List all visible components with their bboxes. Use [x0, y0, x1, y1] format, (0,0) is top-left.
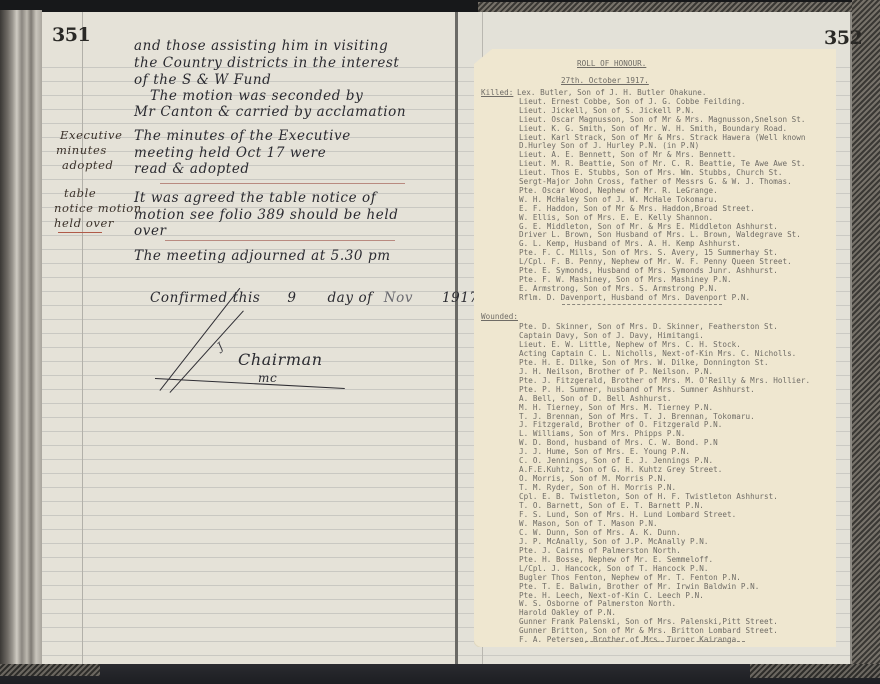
section-separator: [562, 304, 722, 306]
roll-entry: W. Mason, Son of T. Mason P.N.: [519, 519, 658, 528]
bottom-separator: [570, 641, 745, 643]
minutes-line: The meeting adjourned at 5.30 pm: [134, 248, 391, 264]
roll-entry: Pte. Oscar Wood, Nephew of Mr. R. LeGran…: [519, 186, 718, 195]
roll-entry: Harold Oakley of P.N.: [519, 608, 616, 617]
margin-note: held over: [54, 216, 114, 230]
roll-entry: J. P. McAnally, Son of J.P. McAnally P.N…: [519, 537, 709, 546]
minutes-line: Mr Canton & carried by acclamation: [134, 104, 406, 120]
roll-entry: C. O. Jennings, Son of E. J. Jennings P.…: [519, 456, 713, 465]
roll-entry: T. O. Barnett, Son of E. T. Barnett P.N.: [519, 501, 704, 510]
margin-note: Executive: [60, 128, 123, 142]
roll-entry: J. Fitzgerald, Brother of O. Fitzgerald …: [519, 420, 722, 429]
confirmation-text: Confirmed this 9 day of Nov 1917: [150, 290, 479, 306]
roll-entry: Pte. T. E. Balwin, Brother of Mr. Irwin …: [519, 582, 759, 591]
roll-entry: Lieut. Jickell, Son of S. Jickell P.N.: [519, 106, 695, 115]
roll-entry: Lieut. A. E. Bennett, Son of Mr & Mrs. B…: [519, 150, 736, 159]
roll-entry: Lieut. K. G. Smith, Son of Mr. W. H. Smi…: [519, 124, 787, 133]
roll-entry: Lieut. M. R. Beattie, Son of Mr. C. R. B…: [519, 159, 806, 168]
roll-entry: T. M. Ryder, Son of H. Morris P.N.: [519, 483, 676, 492]
confirmation-year: 1917: [442, 290, 479, 306]
roll-entry: Acting Captain C. L. Nicholls, Next-of-K…: [519, 349, 796, 358]
roll-entry: Gunner Britton, Son of Mr & Mrs. Britton…: [519, 626, 778, 635]
margin-note: table: [64, 186, 96, 200]
cover-trim-right: [750, 664, 880, 678]
roll-entry: Pte. E. Symonds, Husband of Mrs. Symonds…: [519, 266, 778, 275]
roll-entry: Gunner Frank Palenski, Son of Mrs. Palen…: [519, 617, 778, 626]
roll-entry: Pte. F. C. Mills, Son of Mrs. S. Avery, …: [519, 248, 778, 257]
roll-entry: L/Cpl. J. Hancock, Son of T. Hancock P.N…: [519, 564, 709, 573]
book-cover-bottom: [0, 664, 880, 684]
page-number-right: 352: [824, 27, 862, 49]
roll-entry: J. H. Neilson, Brother of P. Neilson. P.…: [519, 367, 713, 376]
roll-entry: J. J. Hume, Son of Mrs. E. Young P.N.: [519, 447, 690, 456]
roll-entry: Captain Davy, Son of J. Davy, Himitangi.: [519, 331, 704, 340]
roll-entry: Pte. D. Skinner, Son of Mrs. D. Skinner,…: [519, 322, 778, 331]
roll-entry: F. S. Lund, Son of Mrs. H. Lund Lombard …: [519, 510, 736, 519]
roll-entry: T. J. Brennan, Son of Mrs. T. J. Brennan…: [519, 412, 755, 421]
roll-entry: W. H. McHaley Son of J. W. McHale Tokoma…: [519, 195, 718, 204]
roll-entry: L. Williams, Son of Mrs. Phipps P.N.: [519, 429, 685, 438]
cover-trim-left: [0, 664, 100, 676]
roll-entry: L/Cpl. F. B. Penny, Nephew of Mr. W. F. …: [519, 257, 792, 266]
roll-entry: Lieut. Oscar Magnusson, Son of Mr & Mrs.…: [519, 115, 806, 124]
roll-date: 27th. October 1917.: [561, 76, 649, 85]
confirmation-day-of: day of: [327, 290, 372, 306]
left-margin-rule: [82, 12, 83, 664]
roll-entry: Pte. J. Fitzgerald, Brother of Mrs. M. O…: [519, 376, 810, 385]
roll-entry: W. S. Osborne of Palmerston North.: [519, 599, 676, 608]
roll-entry: Driver L. Brown, Son Husband of Mrs. L. …: [519, 230, 801, 239]
roll-entry: W. Ellis, Son of Mrs. E. E. Kelly Shanno…: [519, 213, 713, 222]
wounded-label: Wounded:: [481, 312, 518, 321]
book-cover-edge-right: [852, 0, 880, 684]
roll-entry: Lieut. Karl Strack, Son of Mr & Mrs. Str…: [519, 133, 806, 142]
red-separator: [165, 240, 395, 241]
signature-suffix: mc: [258, 371, 277, 385]
roll-entry: W. D. Bond, husband of Mrs. C. W. Bond. …: [519, 438, 718, 447]
roll-entry: G. E. Middleton, Son of Mr. & Mrs E. Mid…: [519, 222, 778, 231]
margin-note: minutes: [56, 143, 107, 157]
roll-entry: Pte. P. H. Sumner, husband of Mrs. Sumne…: [519, 385, 755, 394]
minutes-line: the Country districts in the interest: [134, 55, 399, 71]
page-number-left: 351: [52, 24, 90, 46]
roll-entry: Lex. Butler, Son of J. H. Butler Ohakune…: [517, 88, 707, 97]
roll-entry: Pte. H. Leech, Next-of-Kin C. Leech P.N.: [519, 591, 704, 600]
roll-entry: Pte. J. Cairns of Palmerston North.: [519, 546, 681, 555]
roll-entry: Pte. H. E. Dilke, Son of Mrs. W. Dilke, …: [519, 358, 769, 367]
roll-entry: E. Armstrong, Son of Mrs. S. Armstrong P…: [519, 284, 718, 293]
roll-entry: E. F. Haddon, Son of Mr & Mrs. Haddon,Br…: [519, 204, 755, 213]
minutes-line: over: [134, 223, 167, 239]
margin-note: adopted: [62, 158, 114, 172]
roll-entry: Pte. H. Bosse, Nephew of Mr. E. Semmelof…: [519, 555, 713, 564]
roll-entry: Cpl. E. B. Twistleton, Son of H. F. Twis…: [519, 492, 778, 501]
roll-entry: Rflm. D. Davenport, Husband of Mrs. Dave…: [519, 293, 750, 302]
minutes-line: meeting held Oct 17 were: [134, 145, 326, 161]
roll-entry: M. H. Tierney, Son of Mrs. M. Tierney P.…: [519, 403, 713, 412]
roll-entry: G. L. Kemp, Husband of Mrs. A. H. Kemp A…: [519, 239, 741, 248]
roll-entry: A. Bell, Son of D. Bell Ashhurst.: [519, 394, 672, 403]
roll-entry: Lieut. Thos E. Stubbs, Son of Mrs. Wm. S…: [519, 168, 782, 177]
minutes-line: It was agreed the table notice of: [134, 190, 376, 206]
roll-entry: O. Morris, Son of M. Morris P.N.: [519, 474, 667, 483]
red-underline: [58, 232, 102, 233]
roll-entry: Bugler Thos Fenton, Nephew of Mr. T. Fen…: [519, 573, 741, 582]
roll-entry: Pte. F. W. Mashiney, Son of Mrs. Mashine…: [519, 275, 732, 284]
minutes-line: motion see folio 389 should be held: [134, 207, 398, 223]
minutes-line: read & adopted: [134, 161, 250, 177]
confirmation-day: 9: [287, 290, 296, 306]
roll-title: ROLL OF HONOUR.: [577, 59, 646, 68]
confirmation-label: Confirmed this: [150, 290, 260, 306]
minutes-line: The minutes of the Executive: [134, 128, 351, 144]
roll-entry: C. W. Dunn, Son of Mrs. A. K. Dunn.: [519, 528, 681, 537]
roll-entry: Lieut. E. W. Little, Nephew of Mrs. C. H…: [519, 340, 741, 349]
signature-title: Chairman: [238, 350, 323, 369]
minutes-line: The motion was seconded by: [150, 88, 363, 104]
minutes-line: of the S & W Fund: [134, 72, 271, 88]
page-block-edges: [0, 10, 42, 670]
roll-entry: Sergt-Major John Cross, father of Messrs…: [519, 177, 792, 186]
confirmation-month: Nov: [384, 290, 413, 306]
roll-entry: Lieut. Ernest Cobbe, Son of J. G. Cobbe …: [519, 97, 745, 106]
margin-note: notice motion: [54, 201, 142, 215]
red-separator: [160, 183, 405, 184]
killed-label: Killed:: [481, 88, 513, 97]
minutes-line: and those assisting him in visiting: [134, 38, 388, 54]
roll-entry: A.F.E.Kuhtz, Son of G. H. Kuhtz Grey Str…: [519, 465, 722, 474]
roll-entry: D.Hurley Son of J. Hurley P.N. (in P.N): [519, 141, 699, 150]
